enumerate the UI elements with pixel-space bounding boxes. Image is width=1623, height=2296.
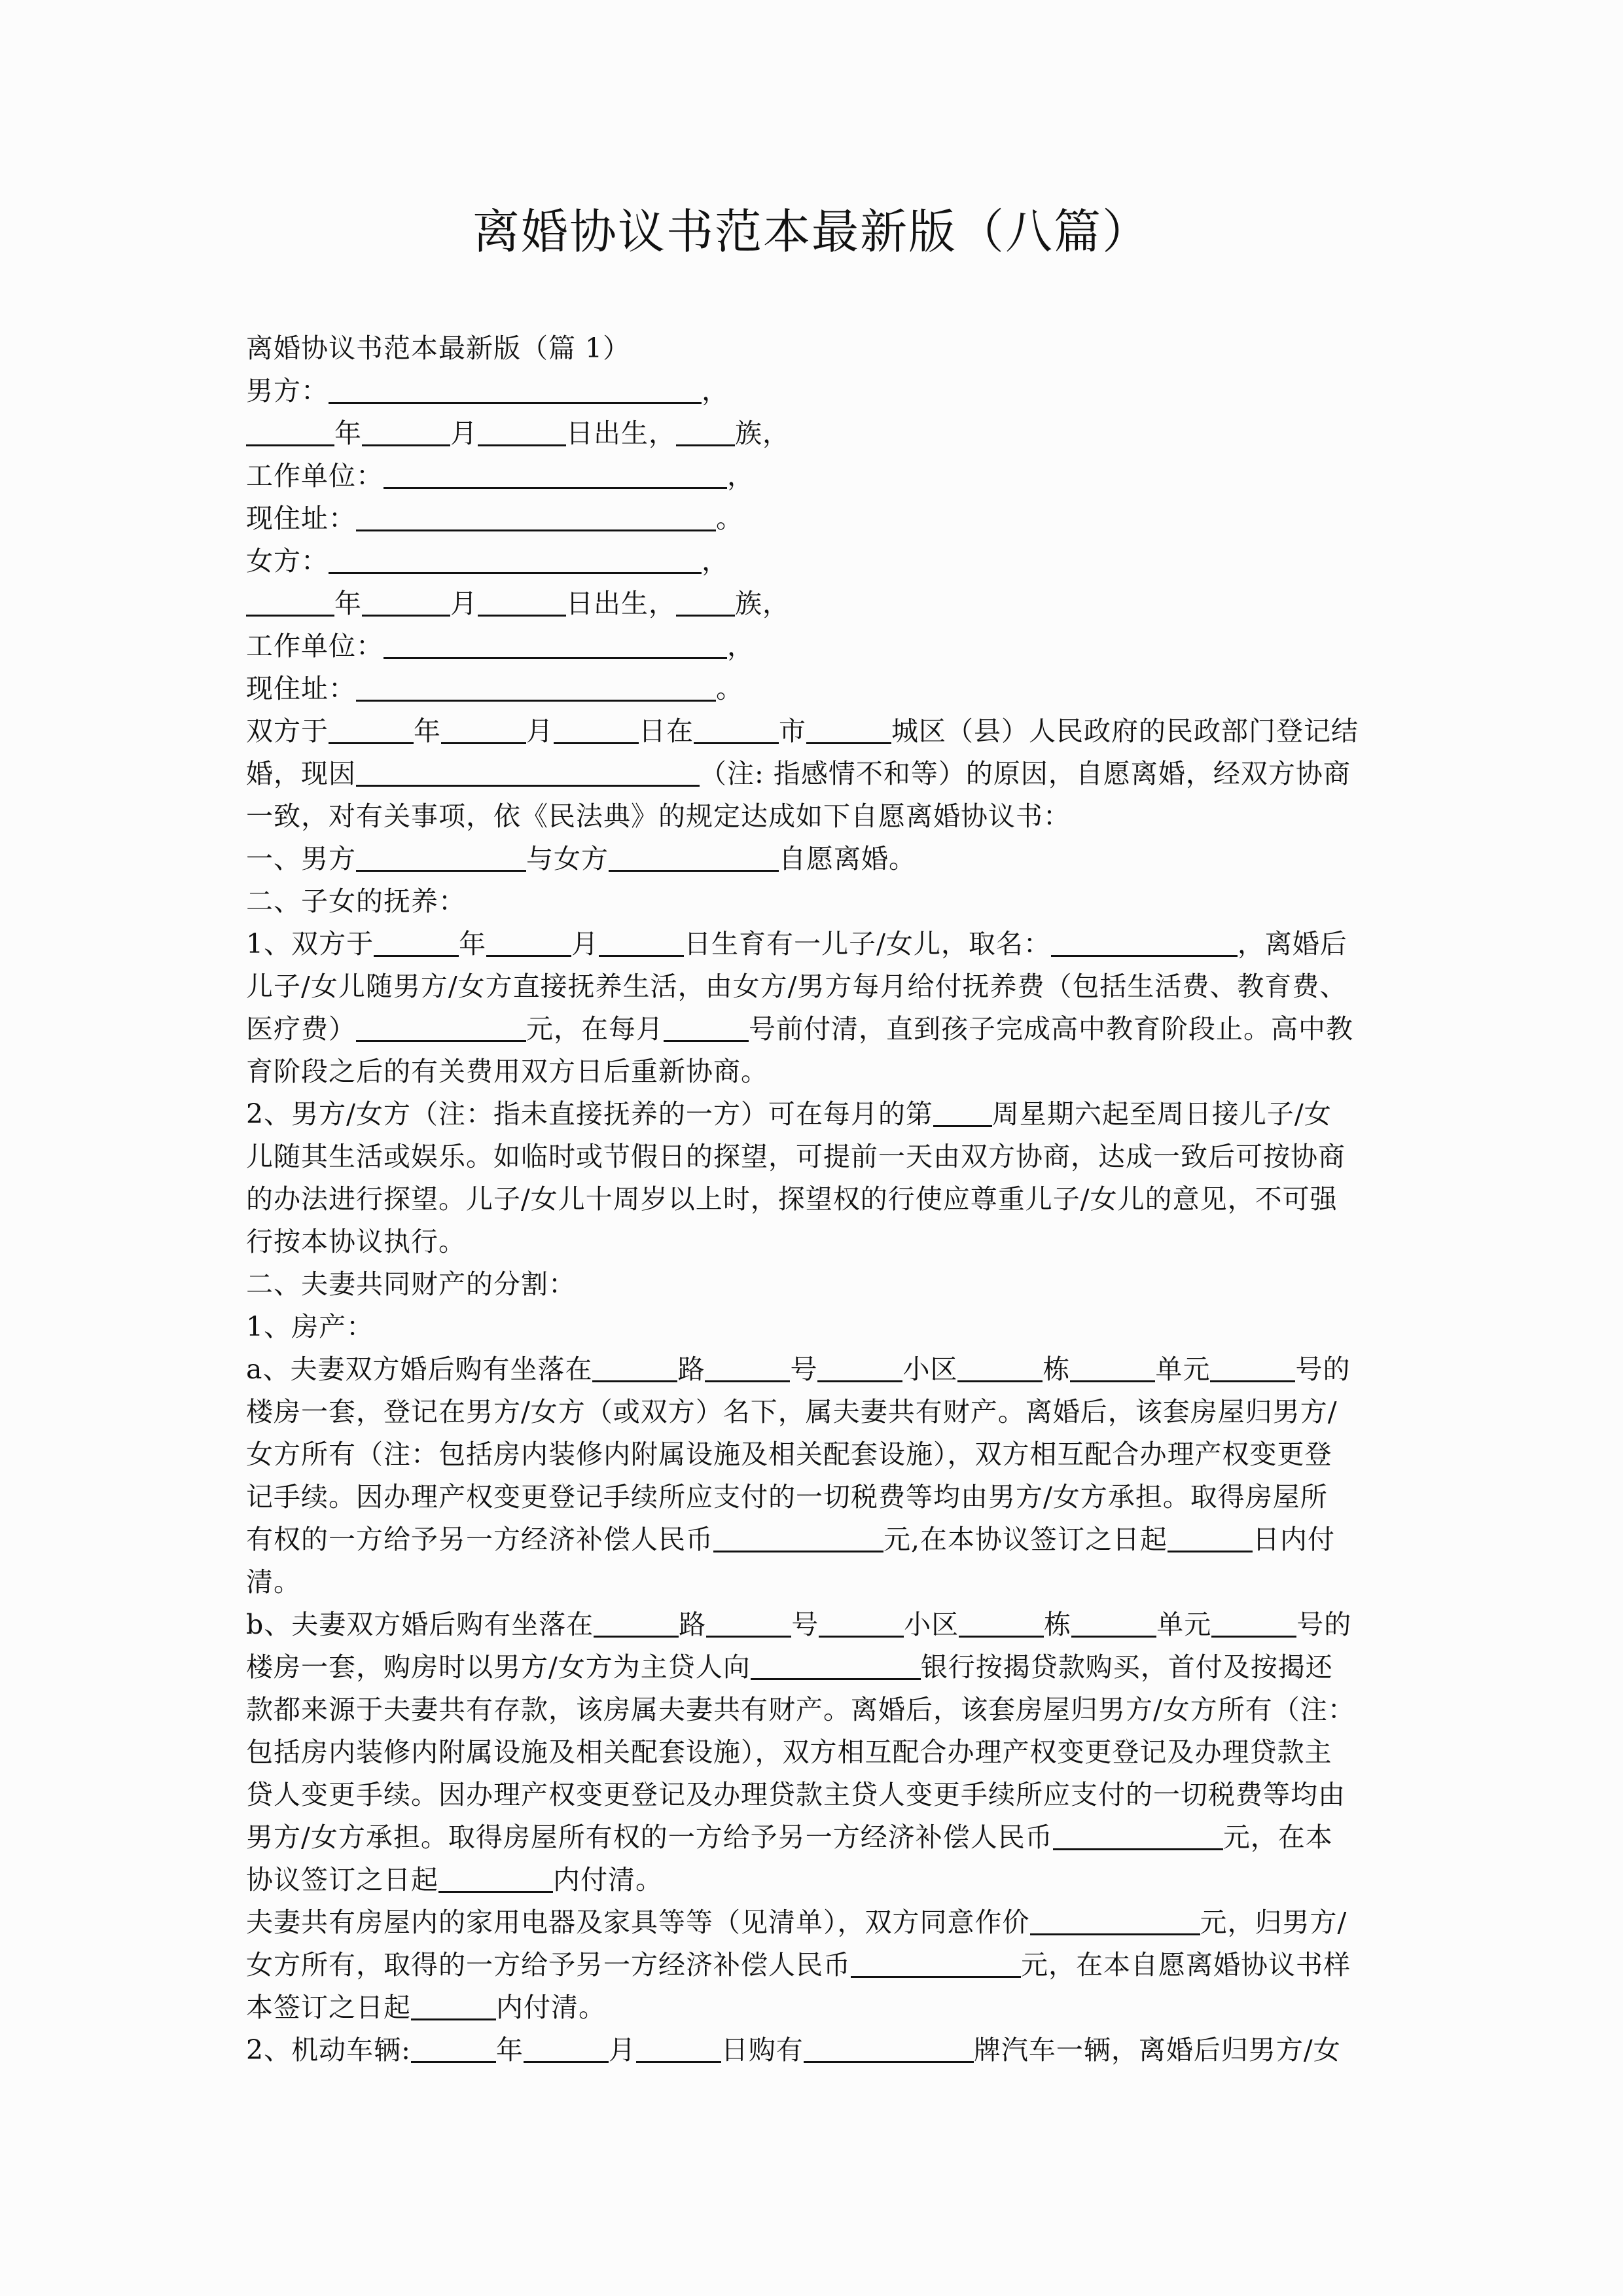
line-house-b-6: 男方/女方承担。取得房屋所有权的一方给予另一方经济补偿人民币元，在本 xyxy=(246,1816,1385,1859)
line-text: 现住址： xyxy=(246,497,356,540)
line-marriage-2: 婚，现因（注: 指感情不和等）的原因，自愿离婚，经双方协商 xyxy=(246,753,1385,795)
fill-in-blank xyxy=(957,1353,1043,1382)
line-text: 记手续。因办理产权变更登记手续所应支付的一切税费等均由男方/女方承担。取得房屋所 xyxy=(246,1476,1328,1518)
line-text: 年 xyxy=(496,2029,524,2072)
fill-in-blank xyxy=(1030,1906,1200,1935)
fill-in-blank xyxy=(933,1098,992,1127)
fill-in-blank xyxy=(1071,1608,1156,1638)
line-clause-1: 一、男方与女方自愿离婚。 xyxy=(246,838,1385,880)
line-clause-2-heading: 二、子女的抚养： xyxy=(246,880,1385,923)
fill-in-blank xyxy=(705,1353,790,1382)
fill-in-blank xyxy=(246,417,334,446)
line-male-birth: 年月日出生，族， xyxy=(246,412,1385,455)
line-text: 元，在每月 xyxy=(526,1008,664,1050)
line-house-a-4: 记手续。因办理产权变更登记手续所应支付的一切税费等均由男方/女方承担。取得房屋所 xyxy=(246,1476,1385,1518)
fill-in-blank xyxy=(438,1863,553,1893)
line-text: 日内付 xyxy=(1253,1518,1335,1561)
line-text: 工作单位： xyxy=(246,625,383,668)
line-appliances-1: 夫妻共有房屋内的家用电器及家具等等（见清单），双方同意作价元，归男方/ xyxy=(246,1901,1385,1944)
line-text: 月 xyxy=(450,583,478,625)
fill-in-blank xyxy=(676,417,735,446)
document-title: 离婚协议书范本最新版（八篇） xyxy=(0,208,1623,255)
line-house-a-5: 有权的一方给予另一方经济补偿人民币元,在本协议签订之日起日内付 xyxy=(246,1518,1385,1561)
line-visit-2: 儿随其生活或娱乐。如临时或节假日的探望，可提前一天由双方协商，达成一致后可按协商 xyxy=(246,1136,1385,1178)
line-text: 元，在本自愿离婚协议书样 xyxy=(1021,1944,1351,1986)
fill-in-blank xyxy=(1051,927,1238,957)
line-text: 楼房一套，登记在男方/女方（或双方）名下，属夫妻共有财产。离婚后，该套房屋归男方… xyxy=(246,1391,1338,1433)
fill-in-blank xyxy=(609,842,779,872)
line-child-1: 1、双方于年月日生育有一儿子/女儿，取名：，离婚后 xyxy=(246,923,1385,965)
fill-in-blank xyxy=(817,1353,902,1382)
fill-in-blank xyxy=(1210,1353,1295,1382)
line-property-heading: 二、夫妻共同财产的分割： xyxy=(246,1263,1385,1306)
line-text: 月 xyxy=(526,710,554,753)
line-text: 元,在本协议签订之日起 xyxy=(883,1518,1168,1561)
line-text: 日在 xyxy=(639,710,694,753)
line-text: 年 xyxy=(334,583,362,625)
line-text: 单元 xyxy=(1155,1348,1210,1391)
fill-in-blank xyxy=(664,1013,749,1042)
line-text: 日出生， xyxy=(566,583,676,625)
line-text: 二、子女的抚养： xyxy=(246,880,466,923)
line-child-4: 育阶段之后的有关费用双方日后重新协商。 xyxy=(246,1050,1385,1093)
line-text: 内付清。 xyxy=(496,1986,606,2029)
line-vehicle-1: 2、机动车辆: 年月日购有牌汽车一辆，离婚后归男方/女 xyxy=(246,2029,1385,2072)
line-male-party: 男方：， xyxy=(246,370,1385,412)
line-house-b-5: 贷人变更手续。因办理产权变更登记及办理贷款主贷人变更手续所应支付的一切税费等均由 xyxy=(246,1774,1385,1816)
line-house-heading: 1、房产： xyxy=(246,1306,1385,1348)
line-text: 元，在本 xyxy=(1223,1816,1333,1859)
line-child-3: 医疗费）元，在每月号前付清，直到孩子完成高中教育阶段止。高中教 xyxy=(246,1008,1385,1050)
fill-in-blank xyxy=(478,417,566,446)
line-text: 一致，对有关事项，依《民法典》的规定达成如下自愿离婚协议书： xyxy=(246,795,1071,838)
line-text: 族， xyxy=(735,583,790,625)
line-child-2: 儿子/女儿随男方/女方直接抚养生活，由女方/男方每月给付抚养费（包括生活费、教育… xyxy=(246,965,1385,1008)
fill-in-blank xyxy=(636,2034,721,2063)
line-text: 1、双方于 xyxy=(246,923,374,965)
fill-in-blank xyxy=(486,927,571,957)
fill-in-blank xyxy=(819,1608,904,1638)
line-text: 2、机动车辆: xyxy=(246,2029,411,2072)
fill-in-blank xyxy=(362,417,450,446)
line-text: 路 xyxy=(679,1604,706,1646)
line-text: 路 xyxy=(677,1348,705,1391)
line-text: 月 xyxy=(609,2029,636,2072)
fill-in-blank xyxy=(804,2034,974,2063)
line-text: 。 xyxy=(716,497,743,540)
line-text: 年 xyxy=(459,923,486,965)
line-text: 市 xyxy=(779,710,806,753)
line-text: 现住址： xyxy=(246,668,356,710)
line-text: 儿随其生活或娱乐。如临时或节假日的探望，可提前一天由双方协商，达成一致后可按协商 xyxy=(246,1136,1346,1178)
fill-in-blank xyxy=(411,2034,496,2063)
line-text: 行按本协议执行。 xyxy=(246,1221,466,1263)
fill-in-blank xyxy=(383,459,727,489)
line-text: 一、男方 xyxy=(246,838,356,880)
line-text: 单元 xyxy=(1156,1604,1211,1646)
line-text: 男方： xyxy=(246,370,329,412)
line-text: ， xyxy=(702,370,729,412)
line-text: 儿子/女儿随男方/女方直接抚养生活，由女方/男方每月给付抚养费（包括生活费、教育… xyxy=(246,965,1347,1008)
fill-in-blank xyxy=(329,545,702,574)
fill-in-blank xyxy=(959,1608,1044,1638)
line-text: 女方所有（注：包括房内装修内附属设施及相关配套设施），双方相互配合办理产权变更登 xyxy=(246,1433,1332,1476)
line-visit-4: 行按本协议执行。 xyxy=(246,1221,1385,1263)
line-text: 本签订之日起 xyxy=(246,1986,411,2029)
line-text: 男方/女方承担。取得房屋所有权的一方给予另一方经济补偿人民币 xyxy=(246,1816,1053,1859)
fill-in-blank xyxy=(713,1523,883,1552)
fill-in-blank xyxy=(1053,1821,1223,1850)
fill-in-blank xyxy=(441,715,526,744)
line-text: a、夫妻双方婚后购有坐落在 xyxy=(246,1348,592,1391)
line-text: 与女方 xyxy=(526,838,609,880)
line-text: 日生育有一儿子/女儿，取名： xyxy=(684,923,1051,965)
fill-in-blank xyxy=(524,2034,609,2063)
fill-in-blank xyxy=(374,927,459,957)
line-text: 族， xyxy=(735,412,790,455)
line-text: 育阶段之后的有关费用双方日后重新协商。 xyxy=(246,1050,768,1093)
line-text: ， xyxy=(727,625,755,668)
line-female-birth: 年月日出生，族， xyxy=(246,583,1385,625)
line-text: 婚，现因 xyxy=(246,753,356,795)
fill-in-blank xyxy=(694,715,779,744)
fill-in-blank xyxy=(594,1608,679,1638)
line-text: 内付清。 xyxy=(553,1859,663,1901)
line-text: 日购有 xyxy=(721,2029,804,2072)
line-house-b-1: b、夫妻双方婚后购有坐落在路号小区栋单元号的 xyxy=(246,1604,1385,1646)
line-text: 协议签订之日起 xyxy=(246,1859,438,1901)
fill-in-blank xyxy=(411,1991,496,2020)
fill-in-blank xyxy=(356,1013,526,1042)
fill-in-blank xyxy=(356,502,716,531)
line-text: ， xyxy=(702,540,729,583)
line-text: ， xyxy=(727,455,755,497)
line-text: 自愿离婚。 xyxy=(779,838,916,880)
line-house-a-1: a、夫妻双方婚后购有坐落在路号小区栋单元号的 xyxy=(246,1348,1385,1391)
line-house-b-4: 包括房内装修内附属设施及相关配套设施），双方相互配合办理产权变更登记及办理贷款主 xyxy=(246,1731,1385,1774)
line-appliances-2: 女方所有，取得的一方给予另一方经济补偿人民币元，在本自愿离婚协议书样 xyxy=(246,1944,1385,1986)
line-text: 工作单位： xyxy=(246,455,383,497)
line-male-address: 现住址：。 xyxy=(246,497,1385,540)
line-text: 女方所有，取得的一方给予另一方经济补偿人民币 xyxy=(246,1944,851,1986)
line-text: 号的 xyxy=(1296,1604,1351,1646)
line-female-party: 女方：， xyxy=(246,540,1385,583)
line-text: 日出生， xyxy=(566,412,676,455)
line-female-address: 现住址：。 xyxy=(246,668,1385,710)
line-text: 小区 xyxy=(902,1348,957,1391)
fill-in-blank xyxy=(356,757,700,787)
fill-in-blank xyxy=(362,587,450,617)
line-text: 的办法进行探望。儿子/女儿十周岁以上时，探望权的行使应尊重儿子/女儿的意见，不可… xyxy=(246,1178,1338,1221)
fill-in-blank xyxy=(383,630,727,659)
line-text: 医疗费） xyxy=(246,1008,356,1050)
line-text: ，离婚后 xyxy=(1238,923,1347,965)
line-text: 号的 xyxy=(1295,1348,1350,1391)
line-text: 夫妻共有房屋内的家用电器及家具等等（见清单），双方同意作价 xyxy=(246,1901,1030,1944)
line-appliances-3: 本签订之日起内付清。 xyxy=(246,1986,1385,2029)
line-text: 号 xyxy=(791,1604,819,1646)
document-page: 离婚协议书范本最新版（八篇） 离婚协议书范本最新版（篇 1）男方：，年月日出生，… xyxy=(0,0,1623,2296)
fill-in-blank xyxy=(329,374,702,404)
line-text: 女方： xyxy=(246,540,329,583)
fill-in-blank xyxy=(554,715,639,744)
line-house-b-2: 楼房一套，购房时以男方/女方为主贷人向银行按揭贷款购买，首付及按揭还 xyxy=(246,1646,1385,1689)
line-text: 离婚协议书范本最新版（篇 1） xyxy=(246,327,630,370)
line-marriage-1: 双方于年月日在市城区（县）人民政府的民政部门登记结 xyxy=(246,710,1385,753)
line-text: 1、房产： xyxy=(246,1306,374,1348)
line-text: 周星期六起至周日接儿子/女 xyxy=(992,1093,1332,1136)
line-text: 二、夫妻共同财产的分割： xyxy=(246,1263,576,1306)
line-house-b-3: 款都来源于夫妻共有存款，该房属夫妻共有财产。离婚后，该套房屋归男方/女方所有（注… xyxy=(246,1689,1385,1731)
line-house-a-2: 楼房一套，登记在男方/女方（或双方）名下，属夫妻共有财产。离婚后，该套房屋归男方… xyxy=(246,1391,1385,1433)
line-text: 栋 xyxy=(1044,1604,1071,1646)
line-text: 元，归男方/ xyxy=(1200,1901,1347,1944)
fill-in-blank xyxy=(246,587,334,617)
line-text: 款都来源于夫妻共有存款，该房属夫妻共有财产。离婚后，该套房屋归男方/女方所有（注… xyxy=(246,1689,1355,1731)
line-text: 号前付清，直到孩子完成高中教育阶段止。高中教 xyxy=(749,1008,1353,1050)
fill-in-blank xyxy=(592,1353,677,1382)
line-text: 栋 xyxy=(1043,1348,1070,1391)
line-text: 城区（县）人民政府的民政部门登记结 xyxy=(891,710,1359,753)
fill-in-blank xyxy=(329,715,414,744)
line-house-b-7: 协议签订之日起内付清。 xyxy=(246,1859,1385,1901)
line-visit-3: 的办法进行探望。儿子/女儿十周岁以上时，探望权的行使应尊重儿子/女儿的意见，不可… xyxy=(246,1178,1385,1221)
line-text: 银行按揭贷款购买，首付及按揭还 xyxy=(921,1646,1333,1689)
line-text: 楼房一套，购房时以男方/女方为主贷人向 xyxy=(246,1646,751,1689)
line-male-work: 工作单位：， xyxy=(246,455,1385,497)
line-text: 清。 xyxy=(246,1561,301,1604)
line-female-work: 工作单位：， xyxy=(246,625,1385,668)
fill-in-blank xyxy=(478,587,566,617)
fill-in-blank xyxy=(356,672,716,702)
line-text: 年 xyxy=(334,412,362,455)
line-text: 月 xyxy=(450,412,478,455)
fill-in-blank xyxy=(1070,1353,1155,1382)
fill-in-blank xyxy=(806,715,891,744)
line-text: 。 xyxy=(716,668,743,710)
document-body: 离婚协议书范本最新版（篇 1）男方：，年月日出生，族，工作单位：，现住址：。女方… xyxy=(246,327,1385,2072)
line-text: 小区 xyxy=(904,1604,959,1646)
line-marriage-3: 一致，对有关事项，依《民法典》的规定达成如下自愿离婚协议书： xyxy=(246,795,1385,838)
fill-in-blank xyxy=(676,587,735,617)
line-visit-1: 2、男方/女方（注：指未直接抚养的一方）可在每月的第周星期六起至周日接儿子/女 xyxy=(246,1093,1385,1136)
line-house-a-3: 女方所有（注：包括房内装修内附属设施及相关配套设施），双方相互配合办理产权变更登 xyxy=(246,1433,1385,1476)
line-text: 月 xyxy=(571,923,599,965)
fill-in-blank xyxy=(751,1651,921,1680)
line-house-a-6: 清。 xyxy=(246,1561,1385,1604)
fill-in-blank xyxy=(1211,1608,1296,1638)
line-heading: 离婚协议书范本最新版（篇 1） xyxy=(246,327,1385,370)
fill-in-blank xyxy=(599,927,684,957)
line-text: 年 xyxy=(414,710,441,753)
line-text: 贷人变更手续。因办理产权变更登记及办理贷款主贷人变更手续所应支付的一切税费等均由 xyxy=(246,1774,1346,1816)
fill-in-blank xyxy=(851,1948,1021,1978)
line-text: 牌汽车一辆，离婚后归男方/女 xyxy=(974,2029,1341,2072)
line-text: b、夫妻双方婚后购有坐落在 xyxy=(246,1604,594,1646)
line-text: 号 xyxy=(790,1348,817,1391)
fill-in-blank xyxy=(706,1608,791,1638)
fill-in-blank xyxy=(1168,1523,1253,1552)
line-text: 包括房内装修内附属设施及相关配套设施），双方相互配合办理产权变更登记及办理贷款主 xyxy=(246,1731,1332,1774)
line-text: （注: 指感情不和等）的原因，自愿离婚，经双方协商 xyxy=(700,753,1351,795)
line-text: 2、男方/女方（注：指未直接抚养的一方）可在每月的第 xyxy=(246,1093,933,1136)
fill-in-blank xyxy=(356,842,526,872)
line-text: 双方于 xyxy=(246,710,329,753)
line-text: 有权的一方给予另一方经济补偿人民币 xyxy=(246,1518,713,1561)
